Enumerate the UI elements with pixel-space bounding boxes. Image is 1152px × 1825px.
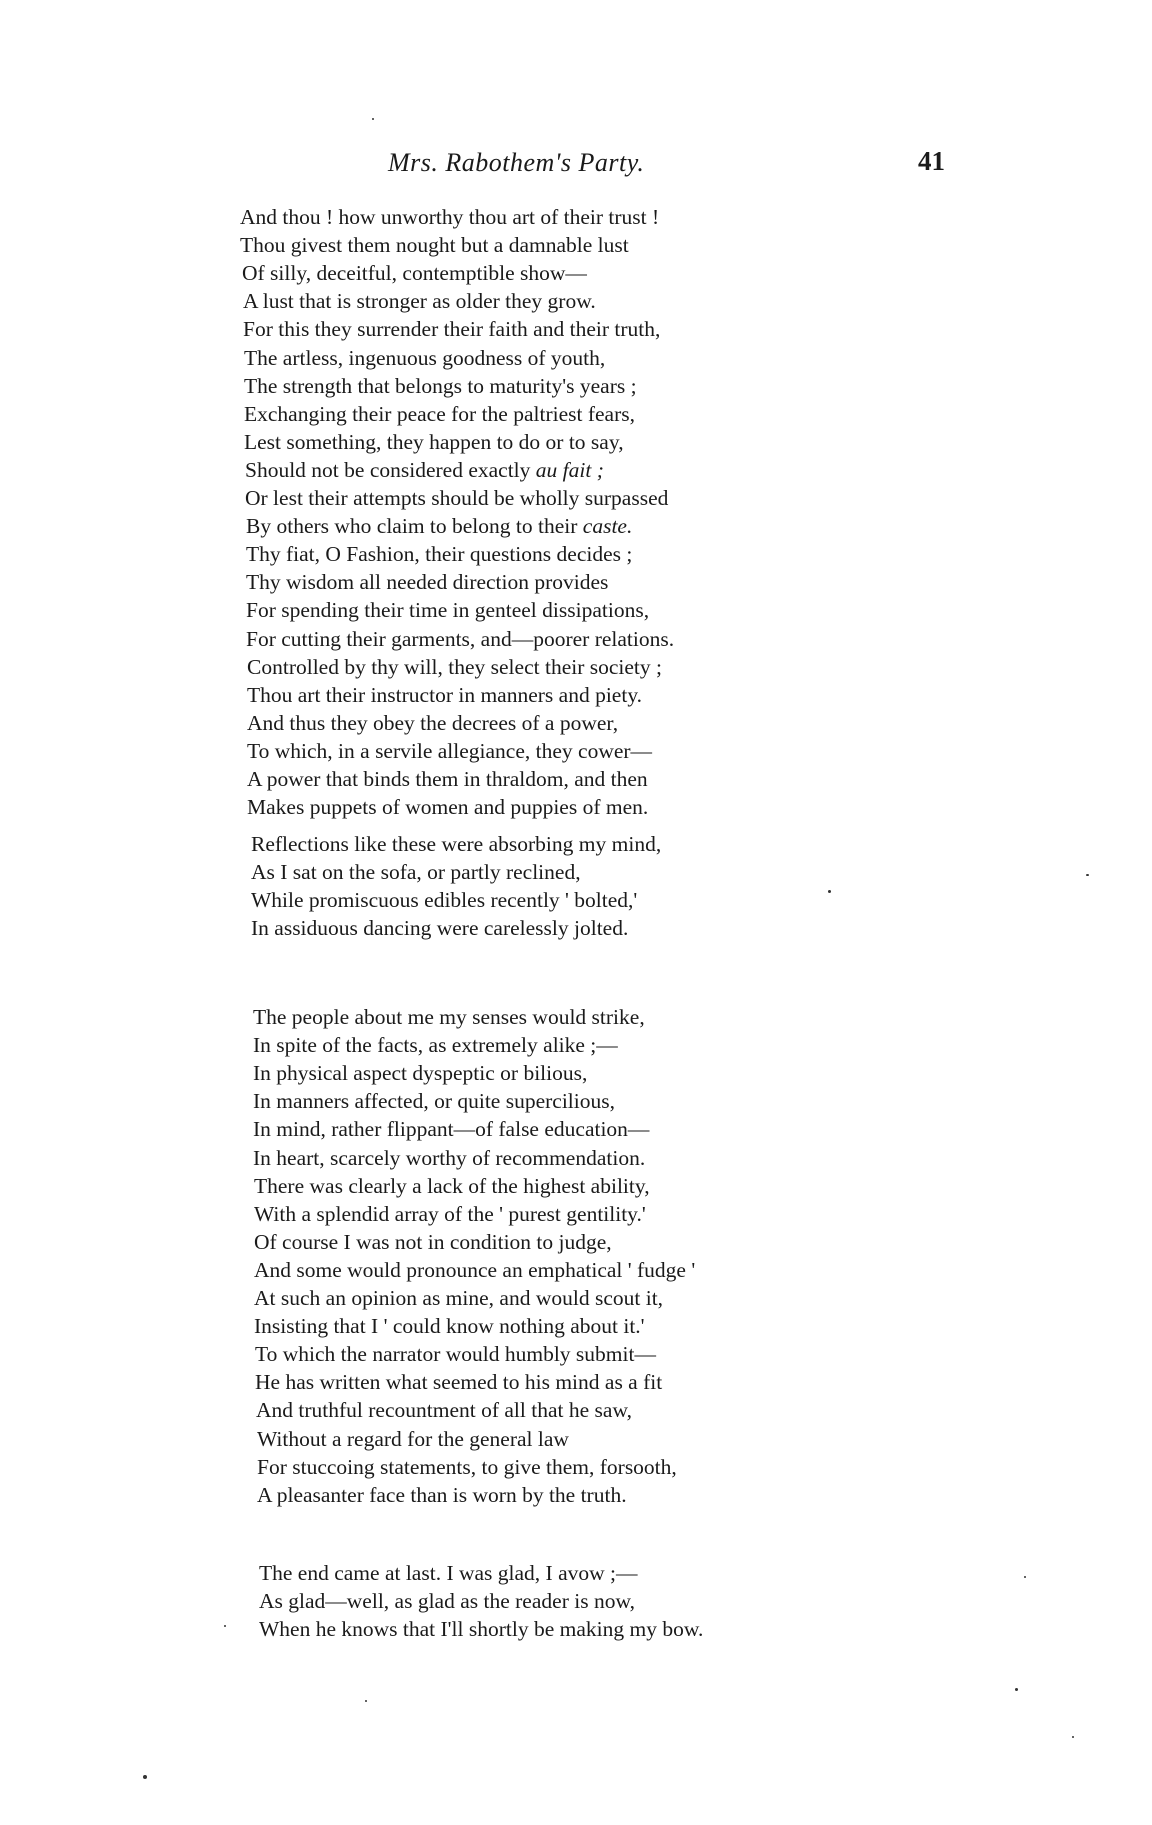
verse-line: In spite of the facts, as extremely alik… <box>253 1031 618 1059</box>
verse-line: In assiduous dancing were carelessly jol… <box>251 914 628 942</box>
verse-text: And thou ! how unworthy thou art of thei… <box>240 205 659 229</box>
verse-text: For spending their time in genteel dissi… <box>246 598 649 622</box>
verse-text: He has written what seemed to his mind a… <box>255 1370 662 1394</box>
verse-line: Thou givest them nought but a damnable l… <box>240 231 629 259</box>
verse-text: Thy wisdom all needed direction provides <box>246 570 608 594</box>
verse-text: While promiscuous edibles recently ' bol… <box>251 888 637 912</box>
verse-line: Thou art their instructor in manners and… <box>247 681 642 709</box>
verse-text: For this they surrender their faith and … <box>243 317 660 341</box>
verse-line: A lust that is stronger as older they gr… <box>243 287 596 315</box>
verse-line: In manners affected, or quite supercilio… <box>253 1087 615 1115</box>
verse-line: For spending their time in genteel dissi… <box>246 596 649 624</box>
italic-phrase: caste. <box>583 514 633 538</box>
verse-line: At such an opinion as mine, and would sc… <box>254 1284 663 1312</box>
verse-text: Of silly, deceitful, contemptible show— <box>242 261 587 285</box>
verse-text: With a splendid array of the ' purest ge… <box>254 1202 646 1226</box>
verse-text: The artless, ingenuous goodness of youth… <box>244 346 605 370</box>
scan-speck <box>1072 1736 1074 1738</box>
verse-text: In spite of the facts, as extremely alik… <box>253 1033 618 1057</box>
verse-line: Reflections like these were absorbing my… <box>251 830 661 858</box>
verse-line: Of course I was not in condition to judg… <box>254 1228 612 1256</box>
scan-speck <box>1015 1688 1018 1691</box>
scan-speck <box>365 1700 367 1702</box>
verse-text: And some would pronounce an emphatical '… <box>254 1258 695 1282</box>
verse-text: Exchanging their peace for the paltriest… <box>244 402 635 426</box>
verse-line: By others who claim to belong to their c… <box>246 512 632 540</box>
verse-text: As I sat on the sofa, or partly reclined… <box>251 860 581 884</box>
scan-speck <box>224 1625 226 1627</box>
verse-text: The end came at last. I was glad, I avow… <box>259 1561 638 1585</box>
verse-text: For stuccoing statements, to give them, … <box>257 1455 677 1479</box>
verse-line: Insisting that I ' could know nothing ab… <box>254 1312 645 1340</box>
verse-line: The end came at last. I was glad, I avow… <box>259 1559 638 1587</box>
scan-speck <box>1086 874 1089 876</box>
verse-text: Thou givest them nought but a damnable l… <box>240 233 629 257</box>
verse-line: There was clearly a lack of the highest … <box>254 1172 650 1200</box>
verse-text: A pleasanter face than is worn by the tr… <box>257 1483 627 1507</box>
verse-text: Of course I was not in condition to judg… <box>254 1230 612 1254</box>
page-number: 41 <box>918 146 945 177</box>
verse-text: Makes puppets of women and puppies of me… <box>247 795 648 819</box>
verse-text: At such an opinion as mine, and would sc… <box>254 1286 663 1310</box>
verse-text: Insisting that I ' could know nothing ab… <box>254 1314 645 1338</box>
verse-line: Controlled by thy will, they select thei… <box>247 653 662 681</box>
verse-line: Without a regard for the general law <box>257 1425 569 1453</box>
verse-line: A pleasanter face than is worn by the tr… <box>257 1481 627 1509</box>
verse-text: There was clearly a lack of the highest … <box>254 1174 650 1198</box>
verse-text: In assiduous dancing were carelessly jol… <box>251 916 628 940</box>
verse-line: A power that binds them in thraldom, and… <box>247 765 648 793</box>
verse-text: The people about me my senses would stri… <box>253 1005 645 1029</box>
verse-line: Thy wisdom all needed direction provides <box>246 568 608 596</box>
verse-text: When he knows that I'll shortly be makin… <box>259 1617 703 1641</box>
verse-line: Should not be considered exactly au fait… <box>245 456 604 484</box>
verse-text: To which, in a servile allegiance, they … <box>247 739 652 763</box>
verse-line: Or lest their attempts should be wholly … <box>245 484 668 512</box>
verse-text: Thy fiat, O Fashion, their questions dec… <box>246 542 632 566</box>
verse-text: Should not be considered exactly <box>245 458 536 482</box>
verse-line: In physical aspect dyspeptic or bilious, <box>253 1059 587 1087</box>
verse-text: The strength that belongs to maturity's … <box>244 374 637 398</box>
verse-line: As I sat on the sofa, or partly reclined… <box>251 858 581 886</box>
verse-line: And some would pronounce an emphatical '… <box>254 1256 695 1284</box>
verse-text: In heart, scarcely worthy of recommendat… <box>253 1146 645 1170</box>
verse-text: In mind, rather flippant—of false educat… <box>253 1117 649 1141</box>
verse-line: And thou ! how unworthy thou art of thei… <box>240 203 659 231</box>
verse-line: Makes puppets of women and puppies of me… <box>247 793 648 821</box>
running-title: Mrs. Rabothem's Party. <box>388 148 644 178</box>
verse-line: To which the narrator would humbly submi… <box>255 1340 656 1368</box>
verse-line: As glad—well, as glad as the reader is n… <box>259 1587 635 1615</box>
verse-text: And truthful recountment of all that he … <box>256 1398 632 1422</box>
verse-line: He has written what seemed to his mind a… <box>255 1368 662 1396</box>
verse-line: In mind, rather flippant—of false educat… <box>253 1115 649 1143</box>
verse-text: As glad—well, as glad as the reader is n… <box>259 1589 635 1613</box>
verse-text: Or lest their attempts should be wholly … <box>245 486 668 510</box>
verse-line: The strength that belongs to maturity's … <box>244 372 637 400</box>
scan-speck <box>1024 1576 1026 1578</box>
scan-speck <box>372 118 374 120</box>
verse-text: A lust that is stronger as older they gr… <box>243 289 596 313</box>
verse-line: The artless, ingenuous goodness of youth… <box>244 344 605 372</box>
verse-line: Lest something, they happen to do or to … <box>244 428 624 456</box>
verse-line: The people about me my senses would stri… <box>253 1003 645 1031</box>
verse-text: And thus they obey the decrees of a powe… <box>247 711 618 735</box>
italic-phrase: au fait ; <box>536 458 604 482</box>
verse-line: For stuccoing statements, to give them, … <box>257 1453 677 1481</box>
verse-line: With a splendid array of the ' purest ge… <box>254 1200 646 1228</box>
verse-text: A power that binds them in thraldom, and… <box>247 767 648 791</box>
verse-line: Exchanging their peace for the paltriest… <box>244 400 635 428</box>
page-header: Mrs. Rabothem's Party. 41 <box>0 142 1152 182</box>
verse-line: Thy fiat, O Fashion, their questions dec… <box>246 540 632 568</box>
verse-line: When he knows that I'll shortly be makin… <box>259 1615 703 1643</box>
verse-line: For this they surrender their faith and … <box>243 315 660 343</box>
verse-text: In manners affected, or quite supercilio… <box>253 1089 615 1113</box>
verse-line: While promiscuous edibles recently ' bol… <box>251 886 637 914</box>
verse-line: And thus they obey the decrees of a powe… <box>247 709 618 737</box>
verse-line: In heart, scarcely worthy of recommendat… <box>253 1144 645 1172</box>
verse-line: To which, in a servile allegiance, they … <box>247 737 652 765</box>
scan-speck <box>143 1775 147 1779</box>
verse-line: Of silly, deceitful, contemptible show— <box>242 259 587 287</box>
scan-speck <box>828 890 831 893</box>
verse-text: For cutting their garments, and—poorer r… <box>246 627 674 651</box>
verse-text: Controlled by thy will, they select thei… <box>247 655 662 679</box>
verse-line: And truthful recountment of all that he … <box>256 1396 632 1424</box>
verse-text: Reflections like these were absorbing my… <box>251 832 661 856</box>
verse-text: To which the narrator would humbly submi… <box>255 1342 656 1366</box>
verse-text: Thou art their instructor in manners and… <box>247 683 642 707</box>
verse-line: For cutting their garments, and—poorer r… <box>246 625 674 653</box>
verse-text: Without a regard for the general law <box>257 1427 569 1451</box>
verse-text: By others who claim to belong to their <box>246 514 583 538</box>
verse-text: In physical aspect dyspeptic or bilious, <box>253 1061 587 1085</box>
verse-text: Lest something, they happen to do or to … <box>244 430 624 454</box>
